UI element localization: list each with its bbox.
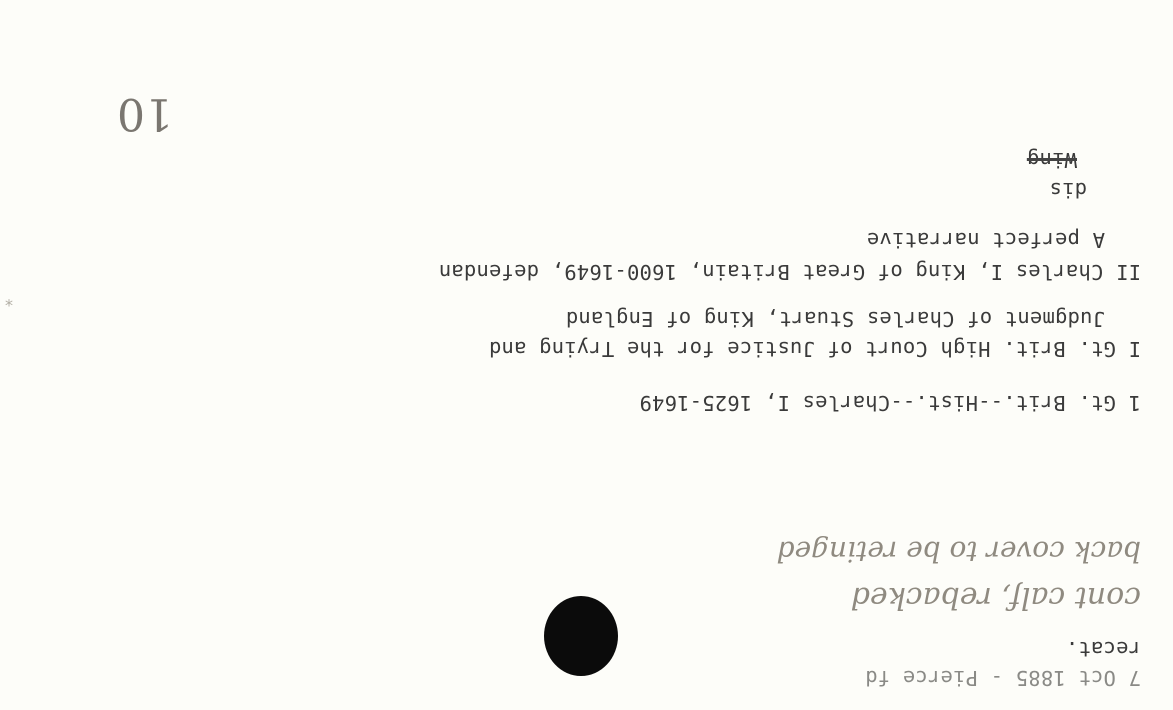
dis-note: dis [1049, 180, 1087, 201]
condition-note-line-1: cont calf, rebacked [851, 582, 1141, 612]
added-entry-1-line-2: Judgment of Charles Stuart, King of Engl… [566, 309, 1105, 330]
recat-note: recat. [1066, 639, 1141, 660]
struck-reference: Wing [1027, 150, 1077, 171]
added-entry-1-line-1: I Gt. Brit. High Court of Justice for th… [489, 339, 1141, 360]
title-entry: A perfect narrative [867, 230, 1105, 251]
condition-note-line-2: back cover to be retinged [777, 537, 1141, 565]
handwritten-number: 10 [117, 91, 173, 135]
added-entry-2: II Charles I, King of Great Britain, 160… [439, 262, 1141, 283]
provenance-note: 7 Oct 1885 - Pierce fd [865, 668, 1141, 689]
margin-mark: * [5, 291, 13, 310]
punch-hole [544, 596, 618, 676]
catalog-card: 7 Oct 1885 - Pierce fd recat. cont calf,… [0, 0, 1173, 710]
subject-heading: 1 Gt. Brit.--Hist.--Charles I, 1625-1649 [639, 393, 1141, 414]
